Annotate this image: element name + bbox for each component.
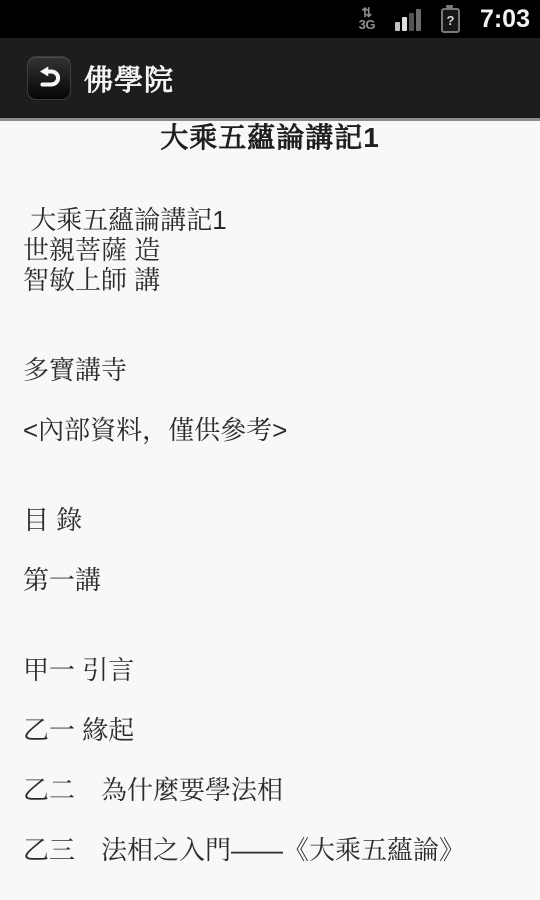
text-line: 多寶講寺: [23, 355, 540, 385]
text-line: 大乘五蘊論講記1: [23, 205, 540, 235]
text-line: 乙二 為什麼要學法相: [23, 775, 540, 805]
text-line: [23, 325, 540, 355]
text-line: [23, 805, 540, 835]
network-3g-icon: ⇅ 3G: [359, 7, 375, 31]
return-arrow-icon: [33, 62, 65, 94]
text-line: 甲一 引言: [23, 655, 540, 685]
text-line: [23, 625, 540, 655]
network-type-label: 3G: [359, 18, 375, 31]
document-title: 大乘五蘊論講記1: [0, 123, 540, 153]
status-icons: ⇅ 3G ? 7:03: [359, 5, 530, 34]
document-body: 大乘五蘊論講記1世親菩薩 造智敏上師 講多寶講寺<內部資料，僅供參考>目 錄第一…: [0, 205, 540, 865]
text-line: 第一講: [23, 565, 540, 595]
text-line: 目 錄: [23, 505, 540, 535]
text-line: [23, 295, 540, 325]
status-clock: 7:03: [480, 5, 530, 34]
text-line: [23, 385, 540, 415]
text-line: [23, 475, 540, 505]
text-line: [23, 685, 540, 715]
text-line: [23, 595, 540, 625]
text-line: [23, 535, 540, 565]
battery-unknown-icon: ?: [441, 8, 460, 33]
app-title: 佛學院: [84, 58, 174, 99]
text-line: 乙三 法相之入門——《大乘五蘊論》: [23, 835, 540, 865]
reader-content[interactable]: 大乘五蘊論講記1 大乘五蘊論講記1世親菩薩 造智敏上師 講多寶講寺<內部資料，僅…: [0, 121, 540, 900]
text-line: <內部資料，僅供參考>: [23, 415, 540, 445]
status-bar: ⇅ 3G ? 7:03: [0, 0, 540, 38]
battery-question-mark: ?: [446, 14, 454, 27]
text-line: 世親菩薩 造: [23, 235, 540, 265]
action-bar: 佛學院: [0, 38, 540, 121]
back-button[interactable]: [27, 56, 71, 100]
text-line: 乙一 緣起: [23, 715, 540, 745]
text-line: [23, 445, 540, 475]
text-line: [23, 745, 540, 775]
text-line: 智敏上師 講: [23, 265, 540, 295]
phone-screen: ⇅ 3G ? 7:03 佛學院 大乘五蘊論講記1 大乘五蘊論講記1世親菩薩 造智…: [0, 0, 540, 900]
signal-strength-icon: [395, 8, 421, 31]
